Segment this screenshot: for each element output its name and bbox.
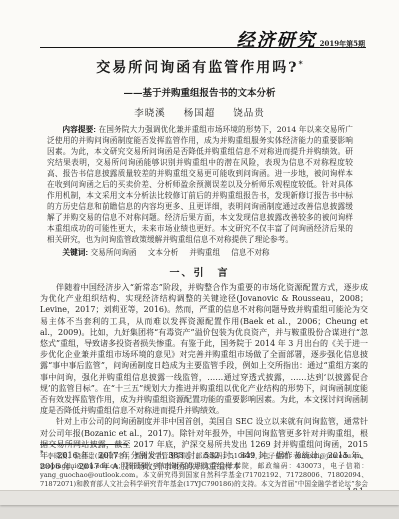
footnote-rule xyxy=(40,444,128,445)
section-heading: 一、引 言 xyxy=(0,264,399,279)
abstract-label: 内容提要: xyxy=(62,125,96,134)
abstract-block: 内容提要: 在国务院大力强调优化兼并重组市场环境的形势下，2014 年以来交易所… xyxy=(47,124,353,245)
journal-header: 经济研究2019年第5期 xyxy=(237,26,365,52)
keywords-label: 关键词: xyxy=(62,248,88,257)
abstract-text: 在国务院大力强调优化兼并重组市场环境的形势下，2014 年以来交易所广泛使用的并… xyxy=(47,125,353,244)
footnote-marker: * xyxy=(40,450,43,457)
header-rule xyxy=(40,47,366,48)
author-name: 杨国超 xyxy=(184,108,216,119)
keyword: 文本分析 xyxy=(148,248,179,257)
keywords-line: 关键词: 交易所问询函文本分析并购重组信息不对称 xyxy=(47,247,353,258)
article-title: 交易所问询函有监管作用吗?* xyxy=(0,57,399,77)
article-title-text: 交易所问询函有监管作用吗? xyxy=(96,60,298,76)
keyword: 信息不对称 xyxy=(231,248,269,257)
title-footnote-marker: * xyxy=(299,58,303,68)
body-paragraph: 伴随着中国经济步入“新常态”阶段，并购整合作为重要的市场化资源配置方式，逐步成为… xyxy=(40,282,368,416)
author-name: 李晓溪 xyxy=(134,108,166,119)
scan-bottom-edge xyxy=(0,490,399,505)
journal-page: 经济研究2019年第5期 交易所问询函有监管作用吗?* ——基于并购重组报告书的… xyxy=(0,0,399,505)
abstract-paragraph: 内容提要: 在国务院大力强调优化兼并重组市场环境的形势下，2014 年以来交易所… xyxy=(47,124,353,245)
keyword: 交易所问询函 xyxy=(90,248,136,257)
article-subtitle: ——基于并购重组报告书的文本分析 xyxy=(0,85,399,99)
author-list: 李晓溪 杨国超 饶品贵 xyxy=(0,105,399,119)
author-name: 饶品贵 xyxy=(233,108,265,119)
keyword: 并购重组 xyxy=(189,248,220,257)
